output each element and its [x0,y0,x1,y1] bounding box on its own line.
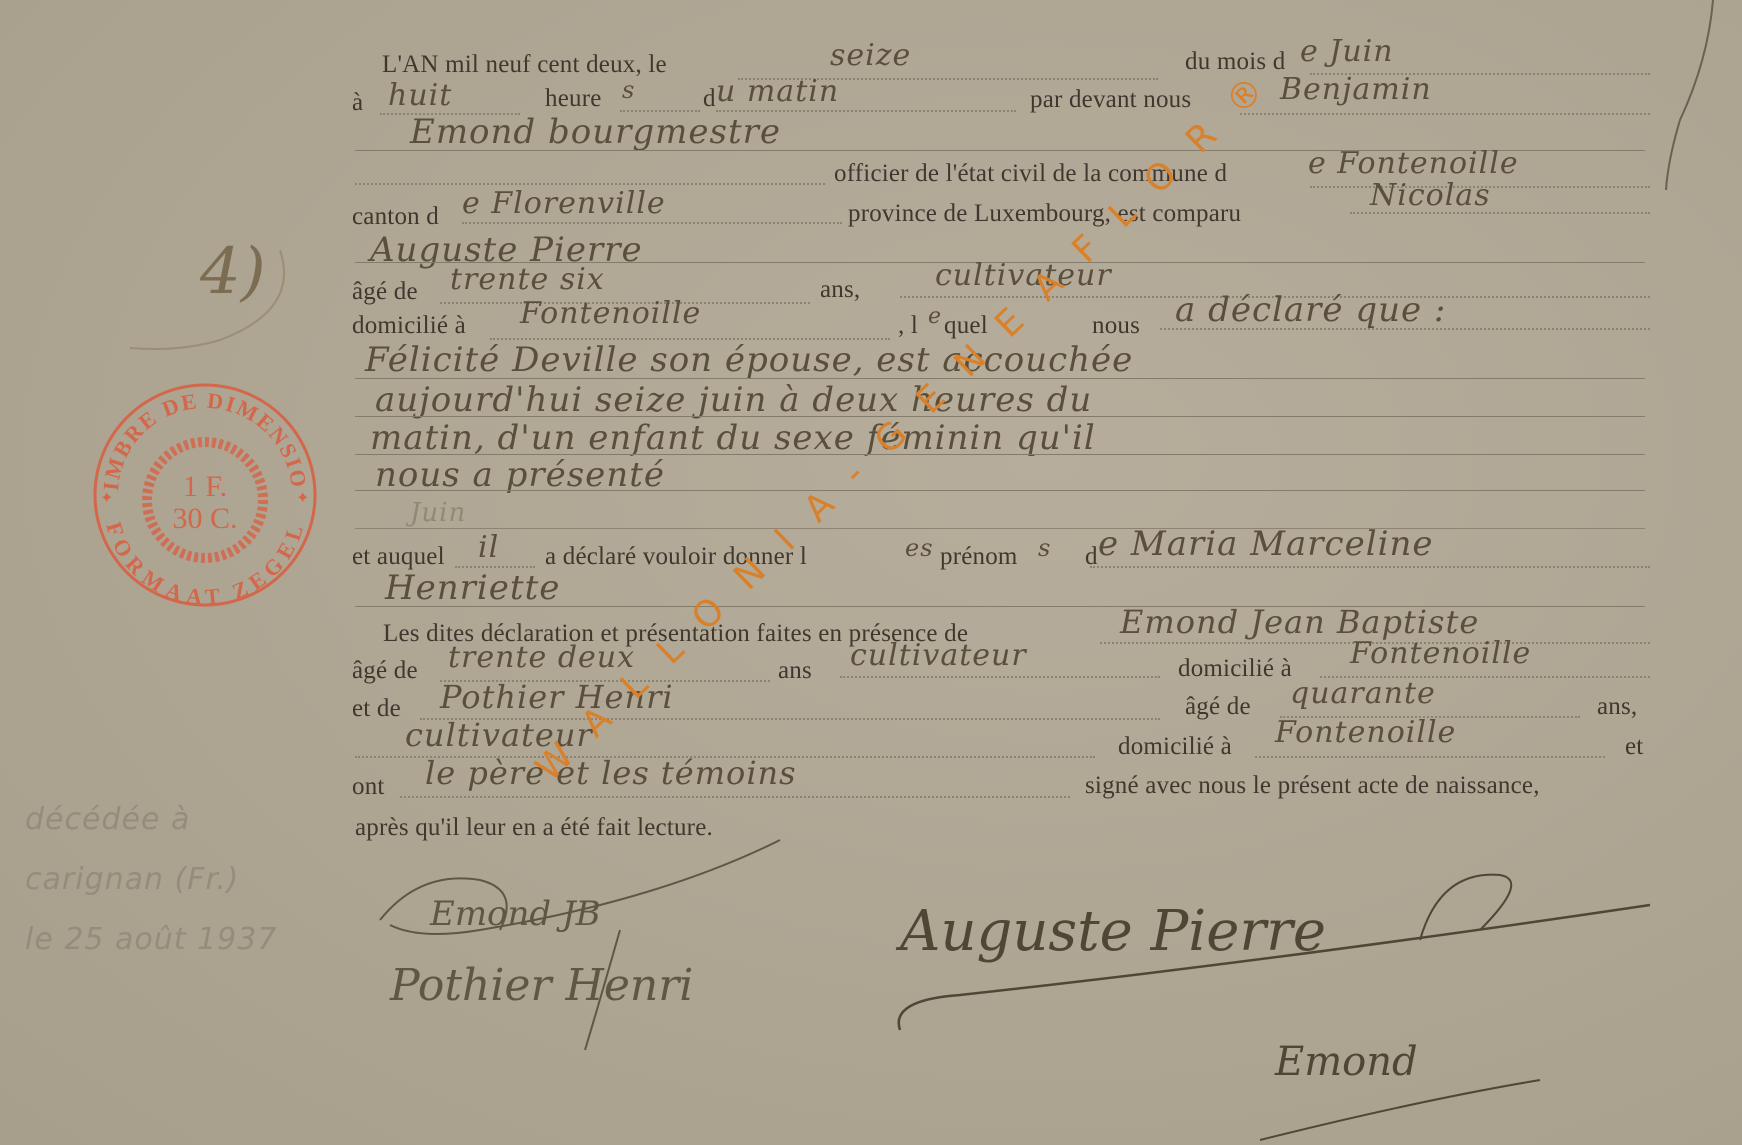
handwritten-officer-first: Benjamin [1280,72,1432,107]
handwritten-faint-line: Juin [410,498,466,528]
handwritten-body-line: nous a présenté [375,455,665,495]
handwritten-declarant-first: Nicolas [1370,178,1491,213]
printed-text: L'AN mil neuf cent deux, le [382,51,667,79]
fill-line [400,796,1070,798]
fill-line [1090,566,1650,568]
handwritten-pronoun: il [478,530,499,565]
fill-line [1255,756,1605,758]
printed-text: province de Luxembourg, est comparu [848,200,1241,228]
handwritten-commune: e Fontenoille [1308,146,1519,181]
printed-text: , l [898,312,918,340]
signature-auguste-pierre: Auguste Pierre [880,840,1660,1045]
printed-text: ans, [820,276,860,304]
handwritten-witness2-town: Fontenoille [1275,715,1456,750]
handwritten-age: trente six [450,262,605,297]
printed-text: signé avec nous le présent acte de naiss… [1085,772,1540,800]
fill-line [355,490,1645,491]
fill-line [355,183,825,185]
svg-text:30 C.: 30 C. [172,502,237,535]
printed-text: et de [352,695,401,723]
handwritten-period: u matin [716,74,839,109]
stamp-seal-icon: TIMBRE DE DIMENSION FORMAAT ZEGEL 1 F. 3… [88,378,322,612]
handwritten-letter: e [928,304,942,329]
printed-text: âgé de [352,278,418,306]
printed-text: d [703,85,716,113]
printed-text: âgé de [352,657,418,685]
handwritten-witness1-age: trente deux [448,640,635,675]
handwritten-suffix: s [622,76,635,104]
fill-line [355,416,1645,417]
svg-text:Emond: Emond [1274,1039,1418,1085]
tax-stamp: TIMBRE DE DIMENSION FORMAAT ZEGEL 1 F. 3… [88,378,322,612]
printed-text: ans, [1597,693,1637,721]
handwritten-declaration: a déclaré que : [1175,290,1446,330]
handwritten-body-line: matin, d'un enfant du sexe féminin qu'il [370,418,1096,458]
handwritten-witness1-job: cultivateur [850,638,1027,673]
handwritten-suffix: es [905,534,934,562]
handwritten-suffix: s [1038,534,1051,562]
fill-line [355,528,1645,529]
printed-text: âgé de [1185,693,1251,721]
printed-text: nous [1092,312,1140,340]
margin-death-note: décédée à carignan (Fr.) le 25 août 1937 [25,790,277,970]
svg-text:1 F.: 1 F. [183,470,227,503]
entry-number-arc [110,240,310,360]
handwritten-body-line: aujourd'hui seize juin à deux heures du [375,380,1092,420]
svg-text:✦: ✦ [100,490,113,507]
handwritten-month: e Juin [1300,34,1394,69]
handwritten-witness2-age: quarante [1290,676,1436,711]
signature-pothier-henri: Pothier Henri [370,920,890,1065]
fill-line [462,222,842,224]
margin-bracket-line [1640,0,1720,200]
svg-text:Pothier Henri: Pothier Henri [389,960,693,1011]
printed-text: et [1625,733,1643,761]
printed-text: ont [352,773,385,801]
fill-line [355,378,1645,379]
handwritten-officer-name: Emond bourgmestre [410,112,781,152]
printed-text: et auquel [352,543,445,571]
fill-line [1160,328,1650,330]
printed-text: par devant nous [1030,86,1191,114]
printed-text: heure [545,85,602,113]
signature-flourish-icon: Emond [1240,1020,1600,1145]
handwritten-signatories: le père et les témoins [425,754,797,792]
handwritten-canton: e Florenville [462,186,666,221]
printed-text: domicilié à [352,312,466,340]
margin-note-line: carignan (Fr.) [25,850,277,910]
handwritten-day: seize [830,38,911,73]
printed-text: à [352,89,363,117]
handwritten-body-line: Félicité Deville son épouse, est accouch… [365,340,1133,380]
svg-text:✦: ✦ [296,490,309,507]
handwritten-hour: huit [388,78,452,113]
fill-line [1350,212,1650,214]
margin-note-line: décédée à [25,790,277,850]
printed-text: domicilié à [1118,733,1232,761]
signature-flourish-icon: Pothier Henri [370,920,890,1060]
handwritten-residence: Fontenoille [520,296,701,331]
printed-text: domicilié à [1178,655,1292,683]
handwritten-given-name: Henriette [385,568,560,608]
printed-text: ans [778,657,812,685]
printed-text: prénom [940,543,1018,571]
fill-line [840,676,1160,678]
fill-line [1240,113,1650,115]
margin-note-line: le 25 août 1937 [25,910,277,970]
printed-text: canton d [352,203,439,231]
svg-text:Auguste Pierre: Auguste Pierre [895,899,1326,964]
signature-flourish-icon: Auguste Pierre [880,840,1660,1040]
handwritten-given-names: e Maria Marceline [1098,524,1433,564]
handwritten-witness1-town: Fontenoille [1350,636,1531,671]
signature-emond-officer: Emond [1240,1020,1600,1145]
